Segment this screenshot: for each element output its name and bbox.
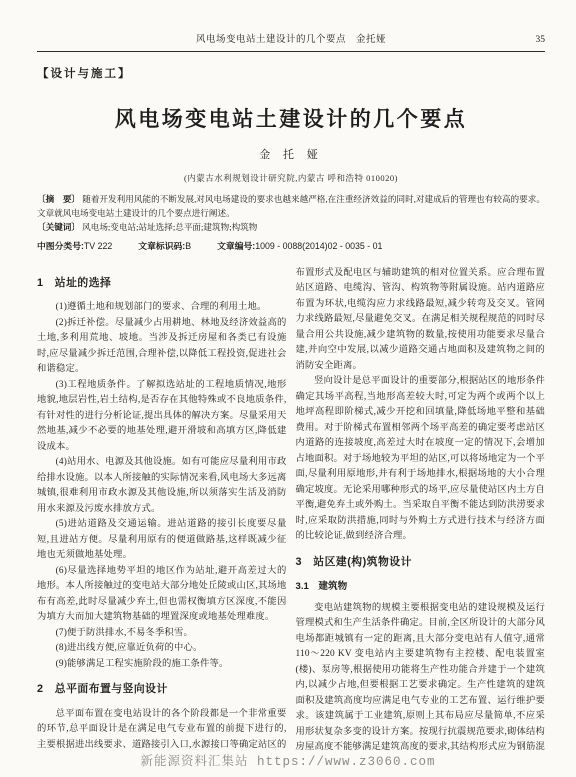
paragraph: (6)尽量选择地势平坦的地区作为站址,避开高差过大的地形。本人所接触过的变电站大… bbox=[37, 564, 287, 626]
paragraph: 总平面布置在变电站设计的各个阶段都是一个非常重要的环节,总平面设计是在满足电气专… bbox=[37, 707, 287, 754]
section-heading: 1 站址的选择 bbox=[37, 276, 287, 292]
column-tag: 【设计与施工】 bbox=[37, 65, 545, 81]
clc-number: TV 222 bbox=[84, 241, 112, 251]
body-columns: 1 站址的选择(1)遵循土地和规划部门的要求、合理的利用土地。(2)拆迁补偿。尽… bbox=[37, 266, 545, 756]
running-header: 风电场变电站土建设计的几个要点 金托娅 35 bbox=[37, 34, 545, 52]
abstract-block: 〔摘 要〕 随着开发利用风能的不断发展,对风电场建设的要求也越来越严格,在注重经… bbox=[37, 193, 545, 220]
article-meta-line: 中图分类号:TV 222文章标识码:B文章编号:1009 - 0088(2014… bbox=[37, 239, 545, 252]
abstract-text: 随着开发利用风能的不断发展,对风电场建设的要求也越来越严格,在注重经济效益的同时… bbox=[37, 194, 545, 218]
keywords-text: 风电场;变电站;站址选择;总平面;建筑物;构筑物 bbox=[82, 222, 257, 232]
section-heading: 3 站区建(构)筑物设计 bbox=[296, 555, 546, 571]
paragraph: 布置形式及配电区与辅助建筑的相对位置关系。应合理布置站区道路、电缆沟、管沟、构筑… bbox=[296, 266, 546, 375]
paragraph: (2)拆迁补偿。尽量减少占用耕地、林地及经济效益高的土地,多利用荒地、坡地。当涉… bbox=[37, 316, 287, 378]
right-column: 布置形式及配电区与辅助建筑的相对位置关系。应合理布置站区道路、电缆沟、管沟、构筑… bbox=[296, 266, 546, 756]
paragraph: (4)站用水、电源及其他设施。如有可能应尽量利用市政给排水设施。以本人所接触的实… bbox=[37, 455, 287, 517]
paragraph: (9)能够满足工程实施阶段的施工条件等。 bbox=[37, 657, 287, 673]
author-affiliation: (内蒙古水利规划设计研究院,内蒙古 呼和浩特 010020) bbox=[37, 172, 545, 184]
watermark: 新能源资料汇集站 https://www.z3060.com bbox=[0, 751, 576, 769]
keywords-block: 〔关键词〕 风电场;变电站;站址选择;总平面;建筑物;构筑物 bbox=[37, 221, 545, 235]
paper-page: 风电场变电站土建设计的几个要点 金托娅 35 【设计与施工】 风电场变电站土建设… bbox=[0, 0, 576, 777]
paragraph: 竖向设计是总平面设计的重要部分,根据站区的地形条件确定其场平高程,当地形高差较大… bbox=[296, 374, 546, 545]
paragraph: (1)遵循土地和规划部门的要求、合理的利用土地。 bbox=[37, 300, 287, 316]
doc-code-label: 文章标识码: bbox=[138, 241, 185, 251]
paragraph: (8)进出线方便,应靠近负荷的中心。 bbox=[37, 641, 287, 657]
running-title: 风电场变电站土建设计的几个要点 金托娅 bbox=[77, 34, 505, 46]
paragraph: 变电站建筑物的规模主要根据变电站的建设规模及运行管理模式和生产生活条件确定。目前… bbox=[296, 601, 546, 756]
left-column: 1 站址的选择(1)遵循土地和规划部门的要求、合理的利用土地。(2)拆迁补偿。尽… bbox=[37, 266, 287, 756]
article-id-label: 文章编号: bbox=[217, 241, 255, 251]
abstract-label: 〔摘 要〕 bbox=[37, 194, 80, 204]
paragraph: (3)工程地质条件。了解拟选站址的工程地质情况,地形地貌,地层岩性,岩土结构,是… bbox=[37, 378, 287, 456]
clc-label: 中图分类号: bbox=[37, 241, 84, 251]
doc-code: B bbox=[185, 241, 191, 251]
article-title: 风电场变电站土建设计的几个要点 bbox=[37, 103, 545, 133]
paragraph: (7)便于防洪排水,不易冬季积雪。 bbox=[37, 626, 287, 642]
section-heading: 2 总平面布置与竖向设计 bbox=[37, 682, 287, 698]
author-name: 金 托 娅 bbox=[37, 146, 545, 162]
page-number: 35 bbox=[505, 34, 545, 46]
paragraph: (5)进站道路及交通运输。进站道路的接引长度要尽量短,且进站方便。尽量利用原有的… bbox=[37, 517, 287, 564]
article-id: 1009 - 0088(2014)02 - 0035 - 01 bbox=[255, 241, 382, 251]
section-heading: 3.1 建筑物 bbox=[296, 579, 546, 595]
keywords-label: 〔关键词〕 bbox=[37, 222, 80, 232]
